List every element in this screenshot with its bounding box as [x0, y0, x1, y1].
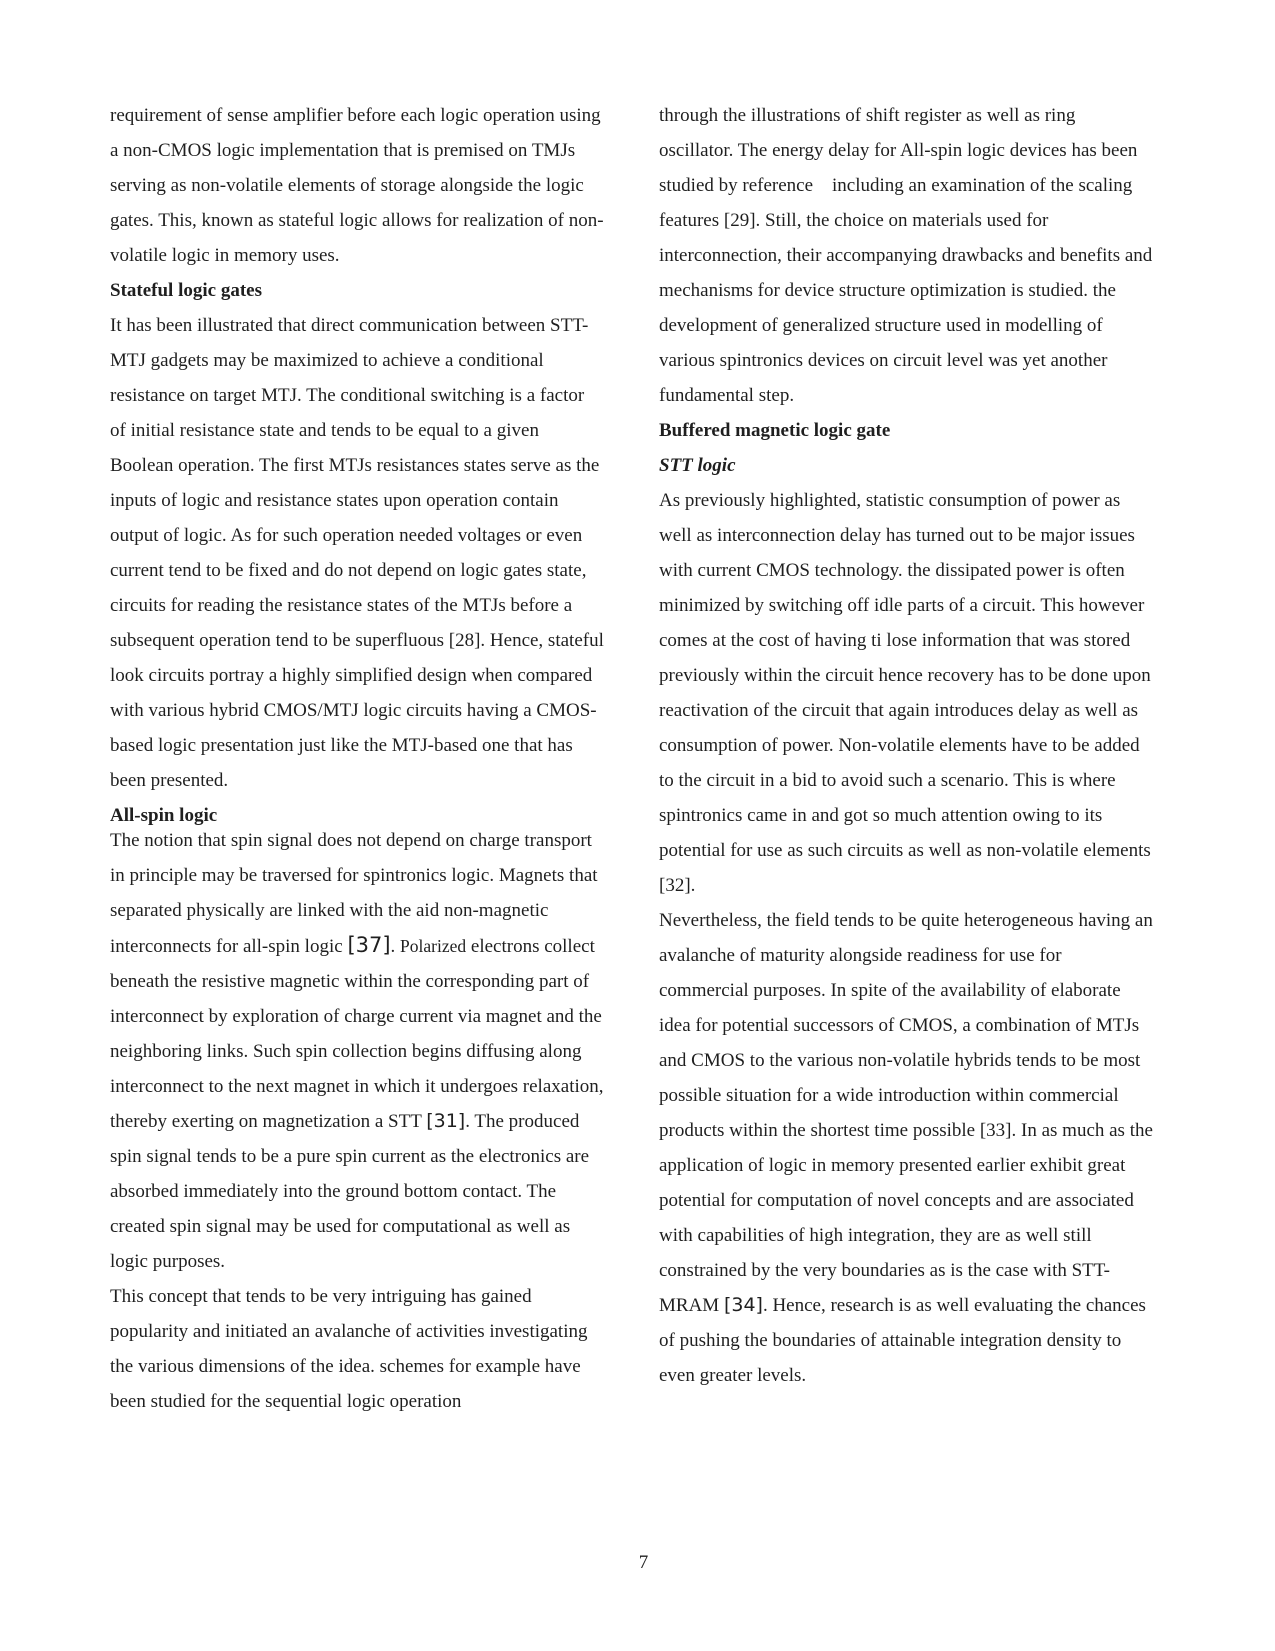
- document-page: requirement of sense amplifier before ea…: [0, 0, 1275, 1651]
- citation-reference: [31]: [426, 1110, 465, 1132]
- page-number: 7: [0, 1545, 1275, 1580]
- heading-stateful-logic-gates: Stateful logic gates: [110, 273, 604, 308]
- text-run: electrons collect beneath the resistive …: [110, 936, 604, 1132]
- citation-reference: [37]: [347, 933, 390, 957]
- paragraph-continuation-stateful-intro: requirement of sense amplifier before ea…: [110, 98, 604, 273]
- paragraph-stateful-logic: It has been illustrated that direct comm…: [110, 308, 604, 798]
- text-run: Nevertheless, the field tends to be quit…: [659, 910, 1153, 1316]
- left-column: requirement of sense amplifier before ea…: [110, 98, 604, 1419]
- paragraph-shift-register-oscillator: through the illustrations of shift regis…: [659, 98, 1153, 413]
- paragraph-all-spin-logic: The notion that spin signal does not dep…: [110, 823, 604, 1279]
- text-run: .: [391, 936, 401, 957]
- text-run: Polarized: [400, 936, 466, 956]
- two-column-layout: requirement of sense amplifier before ea…: [0, 0, 1275, 1419]
- heading-stt-logic: STT logic: [659, 448, 1153, 483]
- right-column: through the illustrations of shift regis…: [659, 98, 1153, 1419]
- heading-buffered-magnetic-logic-gate: Buffered magnetic logic gate: [659, 413, 1153, 448]
- paragraph-nevertheless-heterogeneous: Nevertheless, the field tends to be quit…: [659, 903, 1153, 1393]
- paragraph-stt-logic: As previously highlighted, statistic con…: [659, 483, 1153, 903]
- text-run: . The produced spin signal tends to be a…: [110, 1111, 589, 1272]
- paragraph-concept-popularity: This concept that tends to be very intri…: [110, 1279, 604, 1419]
- citation-reference: [34]: [724, 1294, 763, 1316]
